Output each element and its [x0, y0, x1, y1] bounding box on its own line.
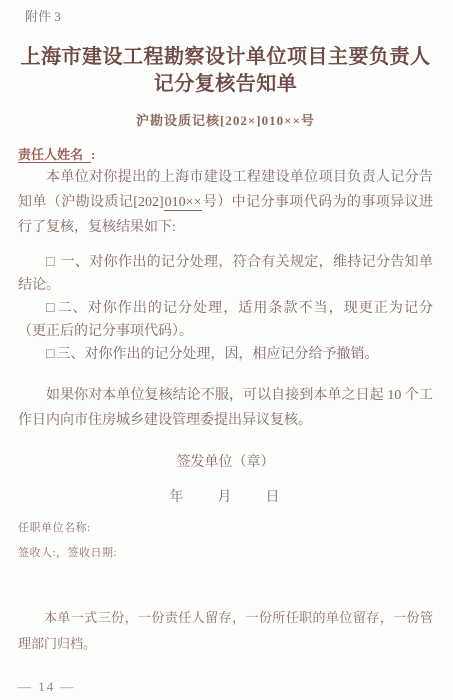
- checkbox-3-icon[interactable]: □: [46, 347, 54, 362]
- review-option-2: □二、对你作出的记分处理，适用条款不当，现更正为记分（更正后的记分事项代码）。: [18, 297, 433, 343]
- review-option-1-text: 一、对你作出的记分处理，符合有关规定，维持记分告知单结论。: [18, 255, 433, 293]
- responsible-person-name-label: 责任人姓名: [18, 147, 91, 163]
- page-number: — 14 —: [18, 678, 433, 696]
- attachment-label: 附件 3: [25, 8, 433, 26]
- responsible-person-name-colon: :: [91, 147, 95, 162]
- checkbox-2-icon[interactable]: □: [46, 301, 56, 316]
- document-title-line-2: 记分复核告知单: [18, 71, 433, 98]
- review-option-3-text: 三、对你作出的记分处理，因，相应记分给予撤销。: [56, 347, 378, 362]
- intro-paragraph: 本单位对你提出的上海市建设工程建设单位项目负责人记分告知单（沪勘设质记[202]…: [18, 165, 433, 240]
- employer-unit-name-label: 任职单位名称:: [18, 521, 433, 536]
- date-line: 年 月 日: [18, 489, 433, 507]
- document-title-line-1: 上海市建设工程勘察设计单位项目主要负责人: [18, 44, 433, 71]
- document-number: 沪勘设质记核[202×]010××号: [18, 112, 433, 130]
- document-title: 上海市建设工程勘察设计单位项目主要负责人 记分复核告知单: [18, 44, 433, 98]
- document-page: 附件 3 上海市建设工程勘察设计单位项目主要负责人 记分复核告知单 沪勘设质记核…: [0, 0, 453, 700]
- intro-doc-code-underlined: 010××: [164, 195, 203, 211]
- review-result-options: □ 一、对你作出的记分处理，符合有关规定，维持记分告知单结论。 □二、对你作出的…: [18, 251, 433, 366]
- copies-distribution-note: 本单一式三份，一份责任人留存，一份所任职的单位留存，一份管理部门归档。: [18, 605, 433, 657]
- review-option-2-text: 二、对你作出的记分处理，适用条款不当，现更正为记分（更正后的记分事项代码）。: [18, 301, 433, 339]
- responsible-person-name-line: 责任人姓名:: [18, 146, 433, 164]
- signee-and-date-line: 签收人:，签收日期:: [18, 546, 433, 561]
- checkbox-1-icon[interactable]: □: [46, 255, 59, 270]
- review-option-3: □三、对你作出的记分处理，因，相应记分给予撤销。: [18, 343, 433, 366]
- appeal-paragraph: 如果你对本单位复核结论不服，可以自接到本单之日起 10 个工作日内向市住房城乡建…: [18, 383, 433, 433]
- review-option-1: □ 一、对你作出的记分处理，符合有关规定，维持记分告知单结论。: [18, 251, 433, 297]
- issuing-unit-seal-line: 签发单位（章）: [18, 454, 433, 472]
